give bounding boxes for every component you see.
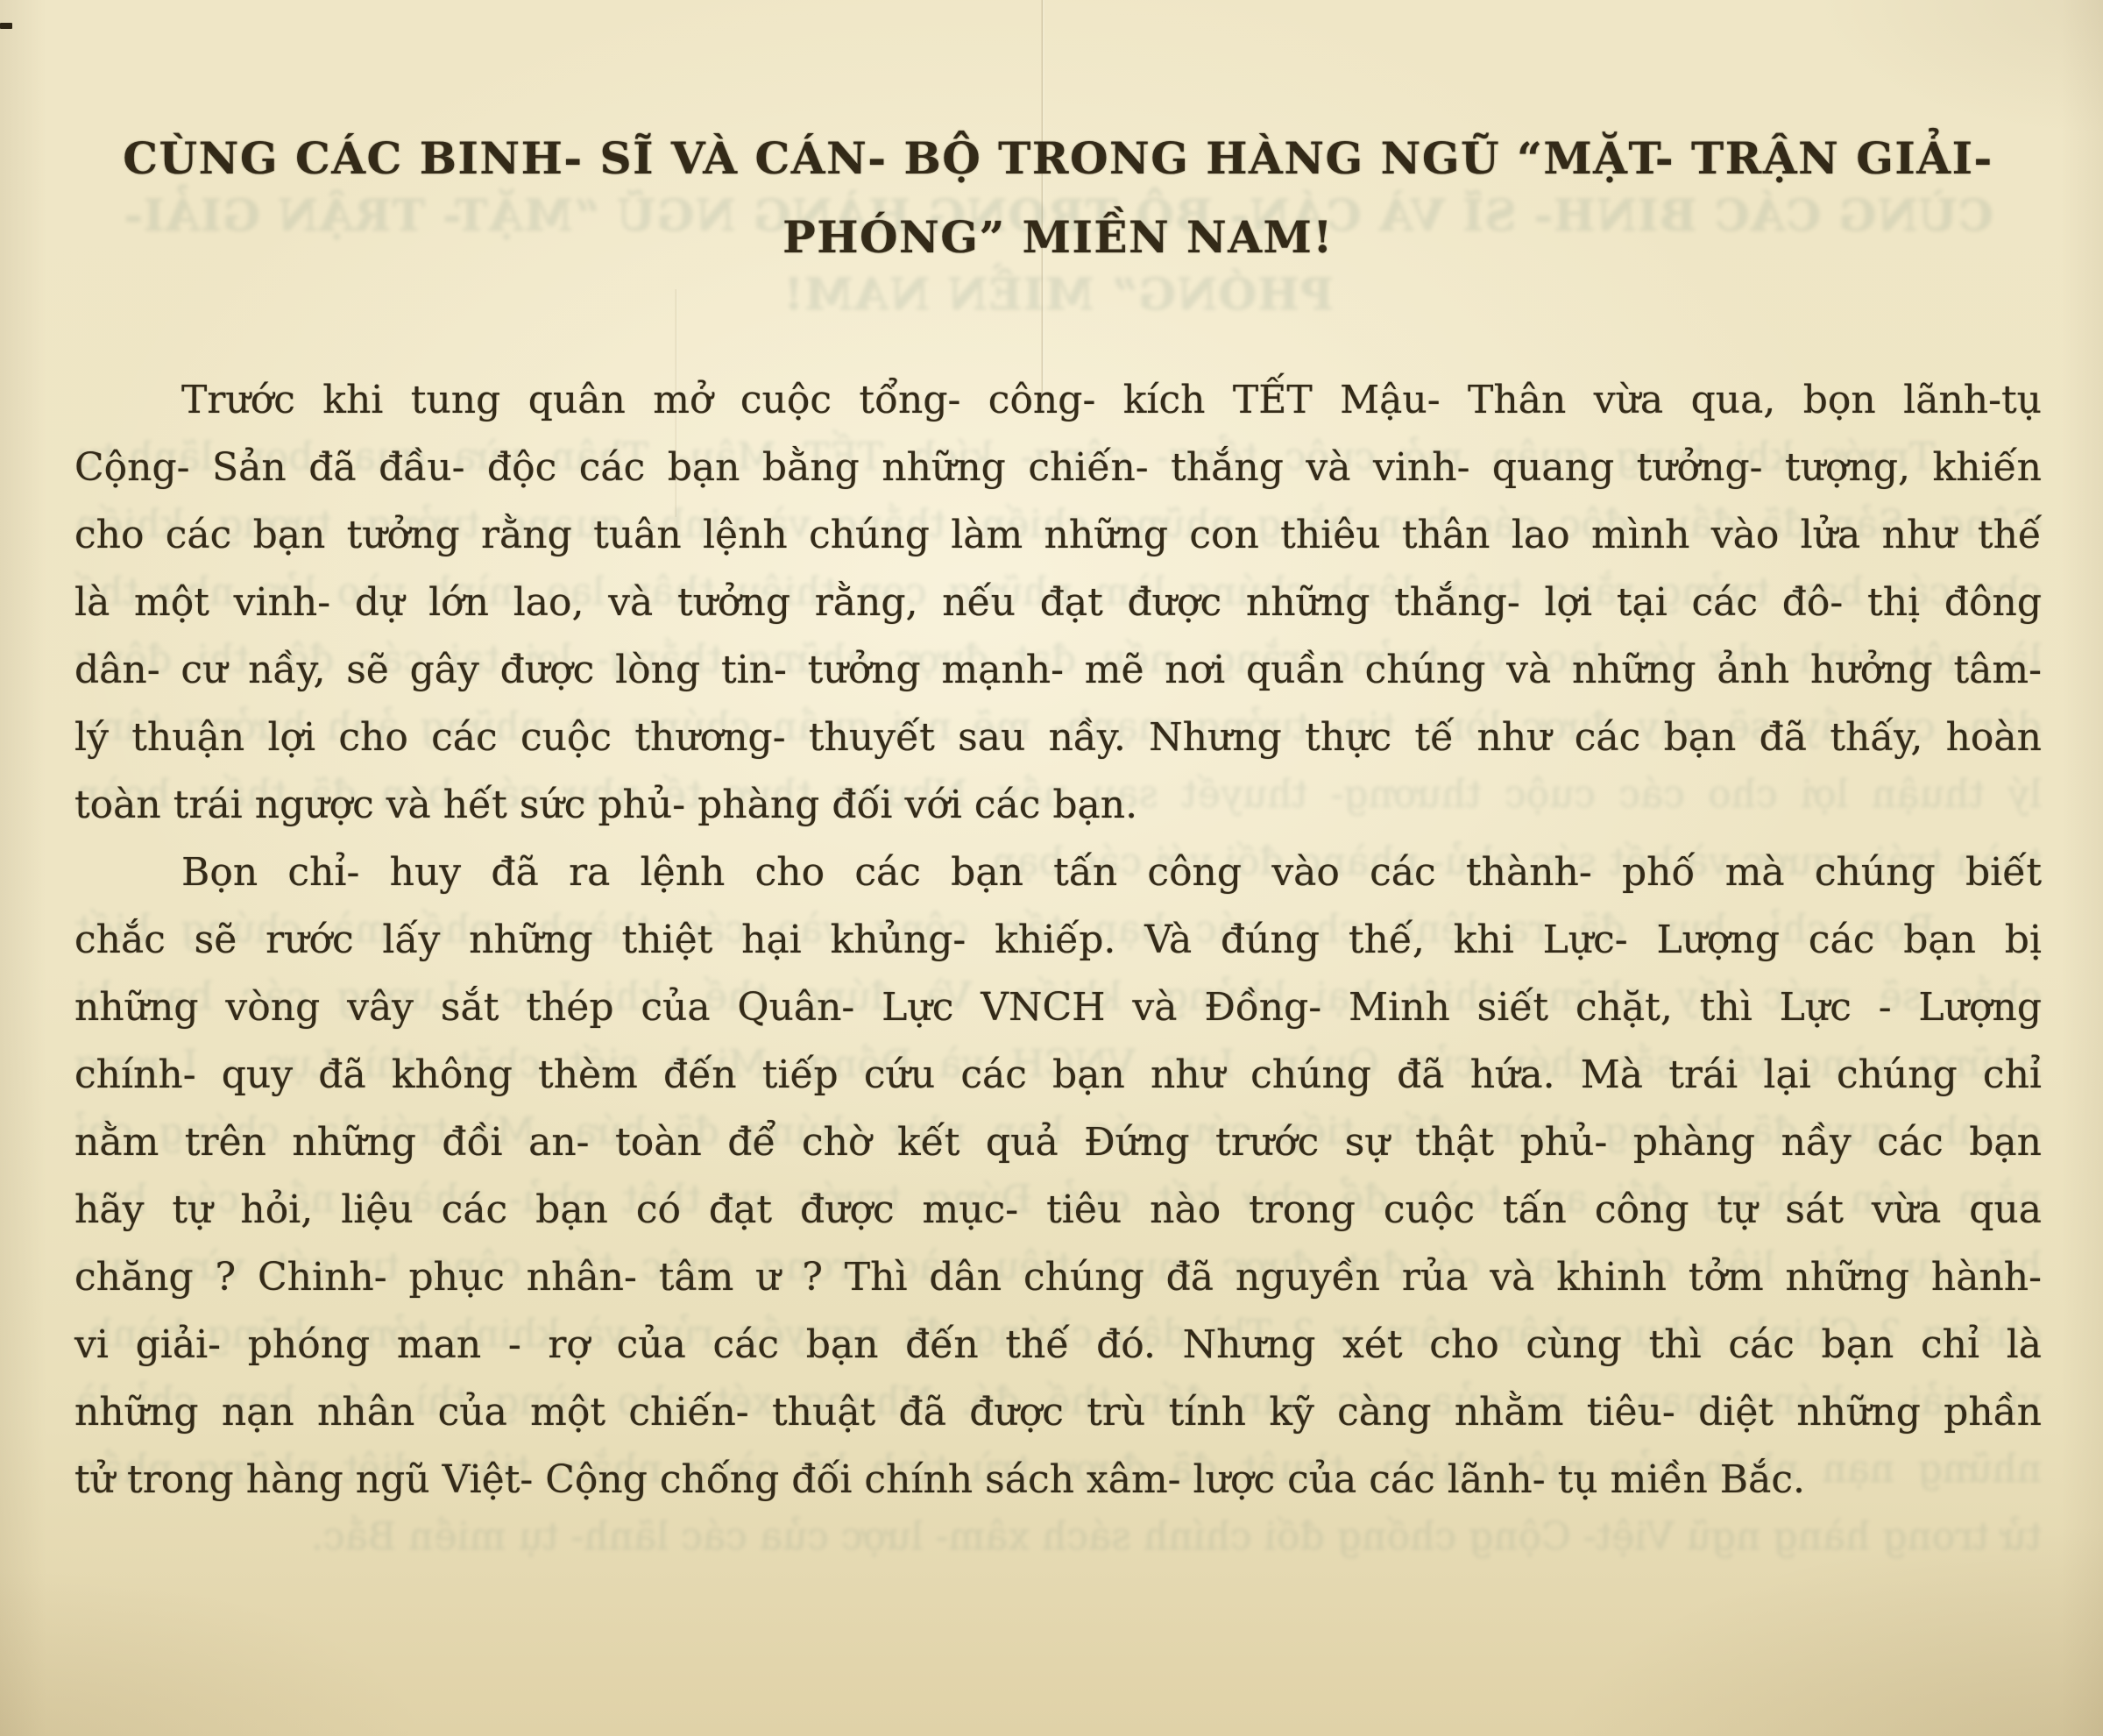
- text-line: những vòng vây sắt thép của Quân- Lực VN…: [74, 974, 2042, 1041]
- leaflet-text: CÙNG CÁC BINH- SĨ VÀ CÁN- BỘ TRONG HÀNG …: [74, 131, 2042, 1513]
- text-line: vi giải- phóng man - rợ của các bạn đến …: [74, 1311, 2042, 1378]
- text-line: chăng ? Chinh- phục nhân- tâm ư ? Thì dâ…: [74, 1244, 2042, 1311]
- text-line: lý thuận lợi cho các cuộc thương- thuyết…: [74, 704, 2042, 771]
- text-line: chắc sẽ rước lấy những thiệt hại khủng- …: [74, 906, 2042, 974]
- text-line: là một vinh- dự lớn lao, và tưởng rằng, …: [74, 569, 2042, 636]
- text-line: cho các bạn tưởng rằng tuân lệnh chúng l…: [74, 501, 2042, 569]
- text-line: nằm trên những đồi an- toàn để chờ kết q…: [74, 1109, 2042, 1176]
- text-line: dân- cư nầy, sẽ gây được lòng tin- tưởng…: [74, 636, 2042, 704]
- paragraph-1: Trước khi tung quân mở cuộc tổng- công- …: [74, 366, 2042, 839]
- text-line: toàn trái ngược và hết sức phủ- phàng đố…: [74, 771, 2042, 839]
- title-line-1: CÙNG CÁC BINH- SĨ VÀ CÁN- BỘ TRONG HÀNG …: [74, 131, 2042, 186]
- text-line: Trước khi tung quân mở cuộc tổng- công- …: [74, 366, 2042, 434]
- text-line: Bọn chỉ- huy đã ra lệnh cho các bạn tấn …: [74, 839, 2042, 906]
- text-line: tử trong hàng ngũ Việt- Cộng chống đối c…: [74, 1446, 2042, 1513]
- edge-ink-mark: [0, 23, 12, 29]
- text-line: Cộng- Sản đã đầu- độc các bạn bằng những…: [74, 434, 2042, 501]
- text-line: những nạn nhân của một chiến- thuật đã đ…: [74, 1378, 2042, 1446]
- paragraph-2: Bọn chỉ- huy đã ra lệnh cho các bạn tấn …: [74, 839, 2042, 1513]
- text-line: hãy tự hỏi, liệu các bạn có đạt được mục…: [74, 1176, 2042, 1244]
- scanned-leaflet-page: CÙNG CÁC BINH- SĨ VÀ CÁN- BỘ TRONG HÀNG …: [0, 0, 2103, 1736]
- text-line: chính- quy đã không thèm đến tiếp cứu cá…: [74, 1041, 2042, 1109]
- title-line-2: PHÓNG” MIỀN NAM!: [74, 210, 2042, 265]
